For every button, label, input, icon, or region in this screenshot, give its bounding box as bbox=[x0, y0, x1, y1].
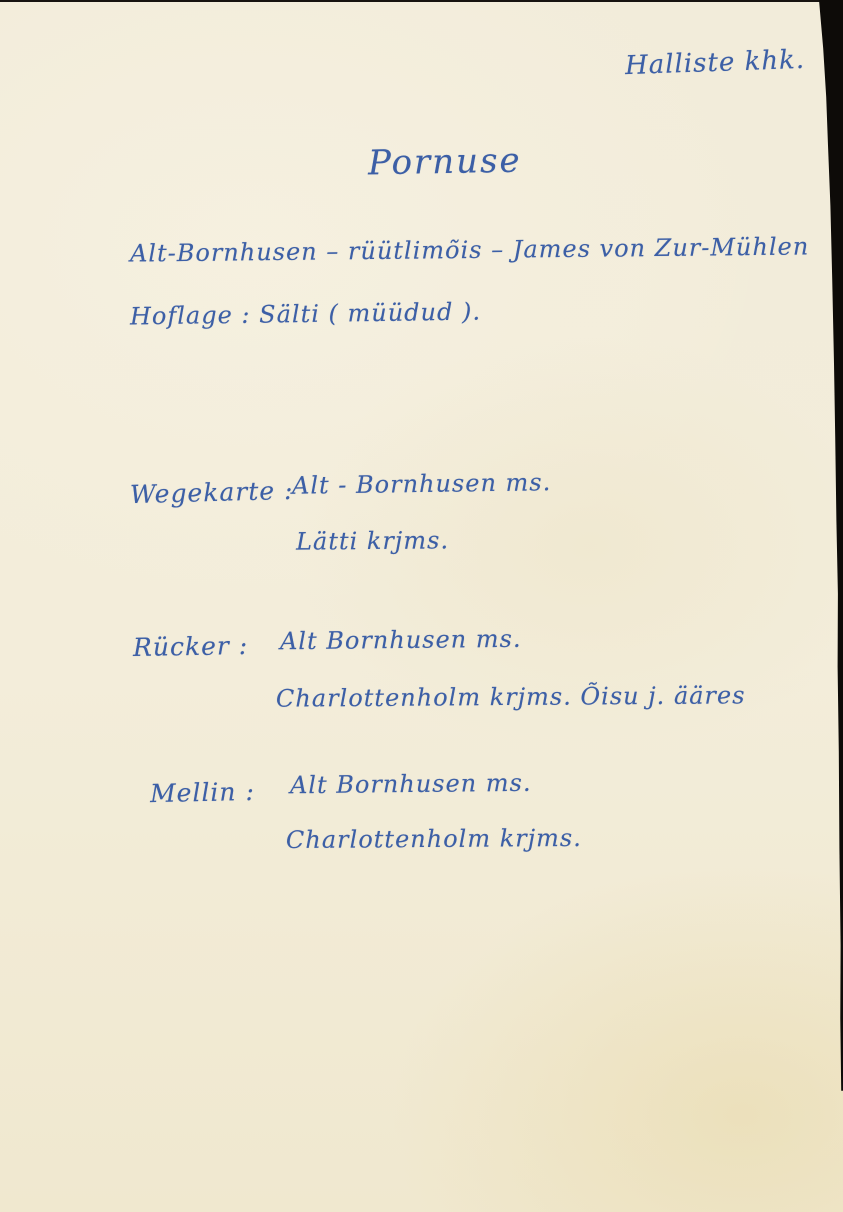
section-label-ruecker: Rücker : bbox=[133, 631, 249, 662]
hoflage-line: Hoflage : Sälti ( müüdud ). bbox=[130, 298, 481, 331]
section-mellin-line2: Charlottenholm krjms. bbox=[286, 824, 582, 854]
scanned-document: Halliste khk. Pornuse Alt-Bornhusen – rü… bbox=[0, 0, 843, 1212]
corner-note: Halliste khk. bbox=[625, 45, 806, 81]
section-wegekarte-line2: Lätti krjms. bbox=[296, 526, 449, 555]
paper-sheet bbox=[0, 2, 843, 1212]
section-label-mellin: Mellin : bbox=[150, 777, 255, 808]
section-mellin-line1: Alt Bornhusen ms. bbox=[290, 769, 532, 800]
section-ruecker-line2: Charlottenholm krjms. Õisu j. ääres bbox=[276, 681, 746, 712]
scan-top-edge bbox=[0, 0, 843, 2]
section-label-wegekarte: Wegekarte : bbox=[130, 476, 294, 509]
section-ruecker-line1: Alt Bornhusen ms. bbox=[280, 625, 522, 656]
page-title: Pornuse bbox=[368, 141, 522, 184]
section-wegekarte-line1: Alt - Bornhusen ms. bbox=[292, 468, 552, 500]
